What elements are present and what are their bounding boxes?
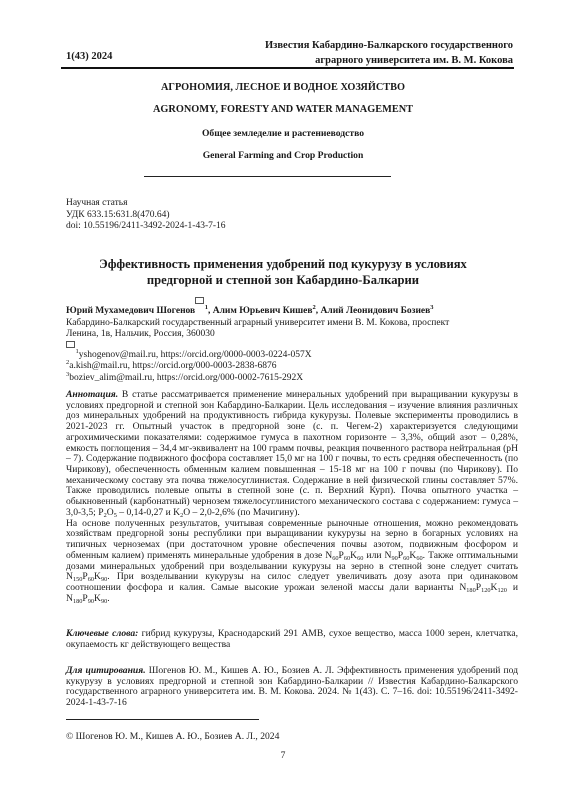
- affiliation-line-2: Ленина, 1в, Нальчик, Россия, 360030: [66, 329, 518, 341]
- subscript: 180: [466, 587, 475, 594]
- abstract-text: В статье рассматривается применение мине…: [66, 389, 518, 518]
- contact-text[interactable]: yshogenov@mail.ru, https://orcid.org/000…: [79, 350, 312, 360]
- subsection-title-ru: Общее земледелие и растениеводство: [0, 128, 566, 139]
- section-title-ru: АГРОНОМИЯ, ЛЕСНОЕ И ВОДНОЕ ХОЗЯЙСТВО: [0, 82, 566, 93]
- envelope-icon: [195, 297, 204, 304]
- keywords-label: Ключевые слова:: [66, 628, 138, 639]
- affiliation-line-1: Кабардино-Балкарский государственный агр…: [66, 318, 518, 330]
- running-header: 1(43) 2024 Известия Кабардино-Балкарског…: [66, 38, 514, 68]
- citation: Для цитирования. Шогенов Ю. М., Кишев А.…: [66, 666, 518, 709]
- document-page: 1(43) 2024 Известия Кабардино-Балкарског…: [0, 0, 566, 800]
- subscript: 180: [73, 598, 82, 605]
- citation-label: Для цитирования.: [66, 665, 146, 676]
- subsection-title-en: General Farming and Crop Production: [0, 150, 566, 161]
- envelope-icon: [66, 341, 75, 348]
- abstract-text: или: [363, 550, 384, 561]
- section-title-en: AGRONOMY, FORESTY AND WATER MANAGEMENT: [0, 104, 566, 115]
- journal-name-line-1: Известия Кабардино-Балкарского государст…: [265, 38, 513, 53]
- contact-text[interactable]: boziev_alim@mail.ru, https://orcid.org/0…: [69, 373, 303, 383]
- article-title-line-1: Эффективность применения удобрений под к…: [40, 257, 526, 273]
- author-name: Алим Юрьевич Кишев: [213, 306, 313, 316]
- journal-name-line-2: аграрного университета им. В. М. Кокова: [265, 53, 513, 68]
- article-title: Эффективность применения удобрений под к…: [40, 257, 526, 288]
- contact-2: 2a.kish@mail.ru, https://orcid.org/000-0…: [66, 361, 518, 373]
- abstract-label: Аннотация.: [66, 389, 118, 400]
- abstract-paragraph-2: На основе полученных результатов, учитыв…: [66, 519, 518, 605]
- udc-code: УДК 633.15:631.8(470.64): [66, 210, 226, 222]
- abstract-text: O – 2,0-2,6% (по Мачигину).: [183, 507, 300, 518]
- subscript: 90: [88, 598, 94, 605]
- author-name: Юрий Мухамедович Шогенов: [66, 306, 195, 316]
- fertilizer-dose: N90P60K60: [385, 550, 423, 561]
- fertilizer-dose: N150P60K90: [66, 571, 107, 582]
- fertilizer-dose: N180P90K90: [66, 593, 107, 604]
- article-meta: Научная статья УДК 633.15:631.8(470.64) …: [66, 198, 226, 233]
- abstract-paragraph-1: Аннотация. В статье рассматривается прим…: [66, 390, 518, 519]
- abstract-text: – 0,14-0,27 и K: [117, 507, 180, 518]
- header-rule: [61, 67, 514, 69]
- fertilizer-dose: N180P120K120: [459, 582, 507, 593]
- page-number: 7: [0, 750, 566, 761]
- abstract: Аннотация. В статье рассматривается прим…: [66, 390, 518, 604]
- abstract-text: и: [507, 582, 518, 593]
- issue-number: 1(43) 2024: [66, 51, 112, 62]
- article-type: Научная статья: [66, 198, 226, 210]
- contact-1: 1yshogenov@mail.ru, https://orcid.org/00…: [66, 341, 518, 362]
- footnote-rule: [66, 719, 259, 720]
- article-title-line-2: предгорной и степной зон Кабардино-Балка…: [40, 273, 526, 289]
- authors-block: Юрий Мухамедович Шогенов1, Алим Юрьевич …: [66, 297, 518, 384]
- keywords: Ключевые слова: гибрид кукурузы, Краснод…: [66, 629, 518, 650]
- subscript: 120: [481, 587, 490, 594]
- contact-text[interactable]: a.kish@mail.ru, https://orcid.org/000-00…: [69, 361, 276, 371]
- author-names: Юрий Мухамедович Шогенов1, Алим Юрьевич …: [66, 297, 518, 318]
- fertilizer-dose: N60P60K60: [325, 550, 363, 561]
- abstract-text: O: [107, 507, 114, 518]
- subscript: 120: [497, 587, 506, 594]
- abstract-text: . При возделывании кукурузы на силос сле…: [66, 571, 518, 593]
- doi[interactable]: doi: 10.55196/2411-3492-2024-1-43-7-16: [66, 221, 226, 233]
- copyright: © Шогенов Ю. М., Кишев А. Ю., Бозиев А. …: [66, 731, 279, 742]
- section-divider: [144, 176, 391, 177]
- contact-3: 3boziev_alim@mail.ru, https://orcid.org/…: [66, 373, 518, 385]
- abstract-text: .: [107, 593, 109, 604]
- journal-name: Известия Кабардино-Балкарского государст…: [265, 38, 513, 68]
- author-name: Алий Леонидович Бозиев: [321, 306, 431, 316]
- author-sup: 3: [430, 304, 433, 311]
